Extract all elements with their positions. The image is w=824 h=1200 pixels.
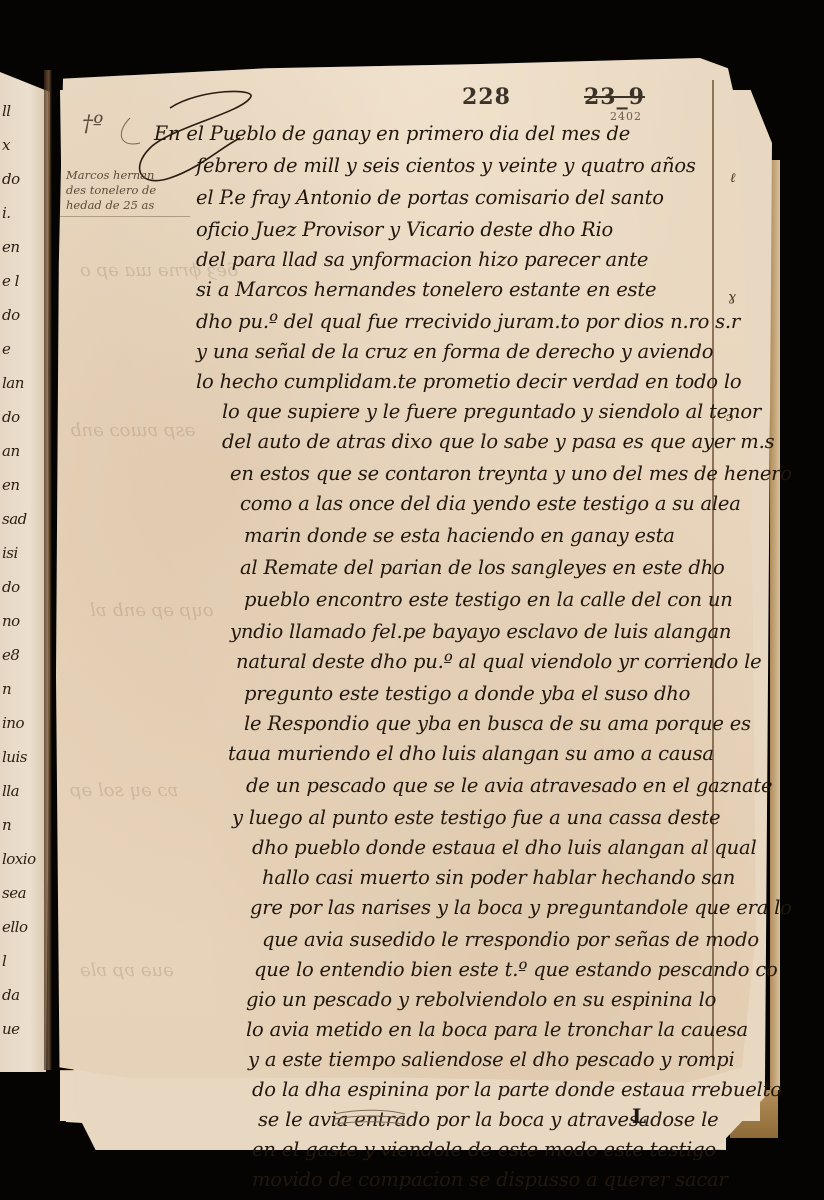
left-facing-page: llxdoi.ene ldoelandoanensadisidonoe8nino… [0, 72, 50, 1072]
text-line: gio un pescado y rebolviendolo en su esp… [246, 988, 716, 1011]
text-line: lo que supiere y le fuere preguntado y s… [222, 400, 761, 423]
left-page-fragment: n [2, 680, 11, 698]
text-line: del para llad sa ynformacion hizo parece… [196, 248, 648, 271]
cross-mark-icon: †º [82, 112, 103, 137]
text-line: y a este tiempo saliendose el dho pescad… [248, 1048, 735, 1071]
right-edge-fragment: ℓ [730, 170, 735, 186]
text-line: pregunto este testigo a donde yba el sus… [244, 682, 690, 705]
left-page-fragment: i. [2, 204, 11, 222]
text-line: do la dha espinina por la parte donde es… [252, 1078, 782, 1101]
left-page-fragment: do [2, 578, 20, 596]
text-line: natural deste dho pu.º al qual viendolo … [236, 650, 761, 673]
text-line: le Respondio que yba en busca de su ama … [244, 712, 751, 735]
text-line: movido de compacion se dispusso a querer… [252, 1168, 728, 1191]
left-page-fragment: ino [2, 714, 24, 732]
text-line: taua muriendo el dho luis alangan su amo… [228, 742, 714, 765]
left-page-fragment: n [2, 816, 11, 834]
left-page-fragment: do [2, 408, 20, 426]
left-page-fragment: l [2, 952, 6, 970]
left-page-fragment: ello [2, 918, 28, 936]
text-line: del auto de atras dixo que lo sabe y pas… [222, 430, 774, 453]
left-page-fragment: lla [2, 782, 19, 800]
margin-note: Marcos hernan des tonelero de hedad de 2… [66, 168, 186, 213]
left-page-fragment: do [2, 306, 20, 324]
bottom-flourish-icon [330, 1108, 410, 1128]
left-page-fragment: e l [2, 272, 19, 290]
gutter-shadow [44, 70, 52, 1070]
text-line: se le avia entrado por la boca y atraves… [258, 1108, 718, 1131]
left-page-fragment: lan [2, 374, 24, 392]
text-line: que avia susedido le rrespondio por seña… [262, 928, 759, 951]
bleed-through-text: ǝsp ɐɯoɔ ǝnb [70, 420, 195, 441]
left-page-fragment: en [2, 238, 20, 256]
left-page-fragment: x [2, 136, 10, 154]
left-page-fragment: en [2, 476, 20, 494]
left-page-fragment: e8 [2, 646, 19, 664]
left-page-fragment: sea [2, 884, 26, 902]
text-line: febrero de mill y seis cientos y veinte … [196, 154, 696, 177]
text-line: lo avia metido en la boca para le tronch… [246, 1018, 748, 1041]
text-line: lo hecho cumplidam.te prometio decir ver… [196, 370, 741, 393]
left-page-fragment: e [2, 340, 10, 358]
text-line: hallo casi muerto sin poder hablar hecha… [262, 866, 735, 889]
back-sheet-edge [770, 160, 780, 1090]
left-page-fragment: an [2, 442, 20, 460]
left-page-fragment: isi [2, 544, 18, 562]
bleed-through-text: ǝuǝ ɐp ɐlǝ [80, 960, 174, 981]
bleed-through-text: ɐɔ ǝɥ sol ǝp [70, 780, 178, 801]
right-edge-fragment: ɔ [726, 410, 733, 425]
left-page-fragment: no [2, 612, 20, 630]
margin-note-line: hedad de 25 as [66, 198, 186, 213]
text-line: En el Pueblo de ganay en primero dia del… [154, 122, 630, 145]
folio-number-current: 228 [462, 84, 511, 110]
left-page-fragment: luis [2, 748, 27, 766]
right-edge-fragment: ɣ [728, 290, 736, 305]
left-page-fragment: loxio [2, 850, 36, 868]
text-line: y luego al punto este testigo fue a una … [232, 806, 720, 829]
text-line: que lo entendio bien este t.º que estand… [254, 958, 778, 981]
bleed-through-text: oɥp ǝp ǝnb ɐl [90, 600, 214, 621]
text-line: el P.e fray Antonio de portas comisario … [196, 186, 664, 209]
text-line: de un pescado que se le avia atravesado … [246, 774, 772, 797]
left-page-fragment: sad [2, 510, 27, 528]
text-line: si a Marcos hernandes tonelero estante e… [196, 278, 656, 301]
folio-number-old-struck: 23_9 [584, 84, 645, 110]
text-line: yndio llamado fel.pe bayayo esclavo de l… [230, 620, 731, 643]
margin-rule [60, 216, 190, 217]
left-page-fragment: ue [2, 1020, 20, 1038]
text-line: dho pu.º del qual fue rrecivido juram.to… [196, 310, 740, 333]
text-line: y una señal de la cruz en forma de derec… [196, 340, 713, 363]
left-page-fragment: da [2, 986, 20, 1004]
text-line: dho pueblo donde estaua el dho luis alan… [252, 836, 756, 859]
text-line: al Remate del parian de los sangleyes en… [240, 556, 725, 579]
text-line: gre por las narises y la boca y pregunta… [250, 896, 792, 919]
margin-note-line: des tonelero de [66, 183, 186, 198]
text-line: oficio Juez Provisor y Vicario deste dho… [196, 218, 613, 241]
text-line: en el gaste y viendole de este modo este… [252, 1138, 716, 1161]
text-line: pueblo encontro este testigo en la calle… [244, 588, 733, 611]
text-line: marin donde se esta haciendo en ganay es… [244, 524, 675, 547]
left-page-fragment: ll [2, 102, 11, 120]
text-line: como a las once del dia yendo este testi… [240, 492, 741, 515]
left-page-fragment: do [2, 170, 20, 188]
catchword-mark: L [632, 1104, 646, 1128]
text-line: en estos que se contaron treynta y uno d… [230, 462, 792, 485]
margin-note-line: Marcos hernan [66, 168, 186, 183]
